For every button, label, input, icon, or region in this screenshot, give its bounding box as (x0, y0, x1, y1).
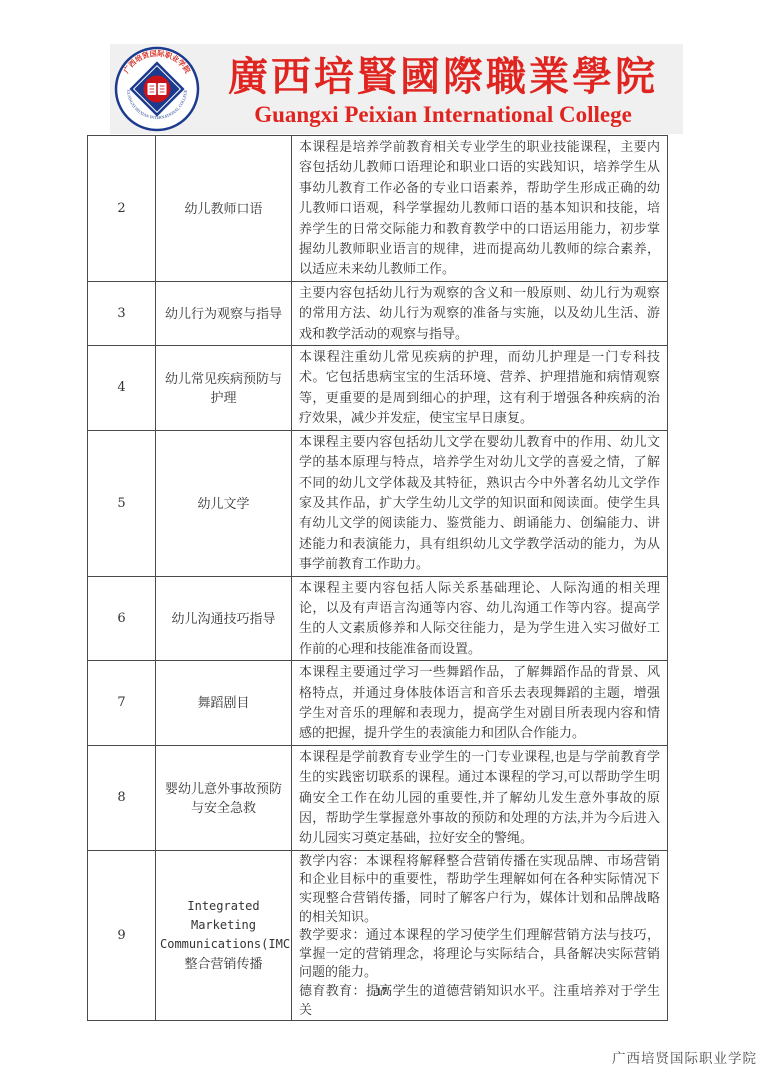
course-table-body: 2幼儿教师口语本课程是培养学前教育相关专业学生的职业技能课程，主要内容包括幼儿教… (88, 136, 668, 1021)
course-number-cell: 3 (88, 281, 156, 345)
course-name-line: Communications(IMC) (160, 935, 287, 954)
course-name-line: 与安全急救 (160, 798, 287, 817)
course-number-cell: 6 (88, 576, 156, 661)
course-description-paragraph: 本课程是培养学前教育相关专业学生的职业技能课程，主要内容包括幼儿教师口语理论和职… (299, 137, 660, 280)
course-name-line: 婴幼儿意外事故预防 (160, 779, 287, 798)
course-name-line: Marketing (160, 916, 287, 935)
course-number-cell: 7 (88, 661, 156, 746)
college-title-english: Guangxi Peixian International College (208, 102, 678, 128)
course-name-cell: 幼儿常见疾病预防与护理 (156, 346, 292, 431)
course-number-cell: 4 (88, 346, 156, 431)
course-name-cell: 幼儿教师口语 (156, 136, 292, 282)
course-name-cell: 幼儿沟通技巧指导 (156, 576, 292, 661)
course-description-cell: 本课程主要通过学习一些舞蹈作品，了解舞蹈作品的背景、风格特点，并通过身体肢体语言… (292, 661, 668, 746)
course-name-line: 舞蹈剧目 (160, 693, 287, 712)
page-number: 17 (0, 986, 763, 998)
course-number-cell: 2 (88, 136, 156, 282)
course-row: 2幼儿教师口语本课程是培养学前教育相关专业学生的职业技能课程，主要内容包括幼儿教… (88, 136, 668, 282)
course-description-paragraph: 本课程是学前教育专业学生的一门专业课程,也是与学前教育学生的实践密切联系的课程。… (299, 747, 660, 849)
course-description-cell: 本课程是学前教育专业学生的一门专业课程,也是与学前教育学生的实践密切联系的课程。… (292, 745, 668, 850)
course-name-cell: 舞蹈剧目 (156, 661, 292, 746)
course-row: 3幼儿行为观察与指导主要内容包括幼儿行为观察的含义和一般原则、幼儿行为观察的常用… (88, 281, 668, 345)
course-name-cell: 幼儿文学 (156, 430, 292, 576)
course-description-paragraph: 本课程主要内容包括幼儿文学在婴幼儿教育中的作用、幼儿文学的基本原理与特点，培养学… (299, 432, 660, 575)
course-description-paragraph: 主要内容包括幼儿行为观察的含义和一般原则、幼儿行为观察的常用方法、幼儿行为观察的… (299, 283, 660, 344)
course-name-line: 幼儿文学 (160, 494, 287, 513)
footer-college-name: 广西培贤国际职业学院 (612, 1047, 757, 1067)
course-name-line: 护理 (160, 388, 287, 407)
course-row: 6幼儿沟通技巧指导本课程主要内容包括人际关系基础理论、人际沟通的相关理论，以及有… (88, 576, 668, 661)
course-name-line: 幼儿教师口语 (160, 199, 287, 218)
course-row: 4幼儿常见疾病预防与护理本课程注重幼儿常见疾病的护理，而幼儿护理是一门专科技术。… (88, 346, 668, 431)
document-page: 广西培贤国际职业学院 GUANGXI PEIXIAN INTERNATIONAL… (0, 0, 763, 1080)
course-description-paragraph: 本课程主要内容包括人际关系基础理论、人际沟通的相关理论，以及有声语言沟通等内容、… (299, 578, 660, 660)
course-description-cell: 本课程注重幼儿常见疾病的护理，而幼儿护理是一门专科技术。它包括患病宝宝的生活环境… (292, 346, 668, 431)
course-description-paragraph: 本课程注重幼儿常见疾病的护理，而幼儿护理是一门专科技术。它包括患病宝宝的生活环境… (299, 347, 660, 429)
course-table: 2幼儿教师口语本课程是培养学前教育相关专业学生的职业技能课程，主要内容包括幼儿教… (87, 135, 668, 1021)
course-description-paragraph: 教学要求：通过本课程的学习使学生们理解营销方法与技巧，掌握一定的营销理念，将理论… (299, 926, 660, 982)
course-row: 8婴幼儿意外事故预防与安全急救本课程是学前教育专业学生的一门专业课程,也是与学前… (88, 745, 668, 850)
course-row: 5幼儿文学 本课程主要内容包括幼儿文学在婴幼儿教育中的作用、幼儿文学的基本原理与… (88, 430, 668, 576)
course-name-line: 整合营销传播 (160, 954, 287, 973)
course-name-cell: 幼儿行为观察与指导 (156, 281, 292, 345)
course-description-cell: 本课程主要内容包括人际关系基础理论、人际沟通的相关理论，以及有声语言沟通等内容、… (292, 576, 668, 661)
college-title-chinese: 廣西培賢國際職業學院 (208, 52, 678, 102)
course-name-cell: 婴幼儿意外事故预防与安全急救 (156, 745, 292, 850)
course-number-cell: 5 (88, 430, 156, 576)
course-name-line: 幼儿常见疾病预防与 (160, 369, 287, 388)
course-description-cell: 主要内容包括幼儿行为观察的含义和一般原则、幼儿行为观察的常用方法、幼儿行为观察的… (292, 281, 668, 345)
course-number-cell: 8 (88, 745, 156, 850)
course-name-line: Integrated (160, 897, 287, 916)
course-name-line: 幼儿行为观察与指导 (160, 304, 287, 323)
college-logo: 广西培贤国际职业学院 GUANGXI PEIXIAN INTERNATIONAL… (114, 46, 200, 132)
course-description-paragraph: 教学内容：本课程将解释整合营销传播在实现品牌、市场营销和企业目标中的重要性，帮助… (299, 852, 660, 926)
course-description-cell: 本课程是培养学前教育相关专业学生的职业技能课程，主要内容包括幼儿教师口语理论和职… (292, 136, 668, 282)
course-row: 7舞蹈剧目本课程主要通过学习一些舞蹈作品，了解舞蹈作品的背景、风格特点，并通过身… (88, 661, 668, 746)
college-header-banner: 广西培贤国际职业学院 GUANGXI PEIXIAN INTERNATIONAL… (110, 44, 683, 134)
course-description-paragraph: 本课程主要通过学习一些舞蹈作品，了解舞蹈作品的背景、风格特点，并通过身体肢体语言… (299, 662, 660, 744)
course-description-cell: 本课程主要内容包括幼儿文学在婴幼儿教育中的作用、幼儿文学的基本原理与特点，培养学… (292, 430, 668, 576)
course-name-line: 幼儿沟通技巧指导 (160, 609, 287, 628)
